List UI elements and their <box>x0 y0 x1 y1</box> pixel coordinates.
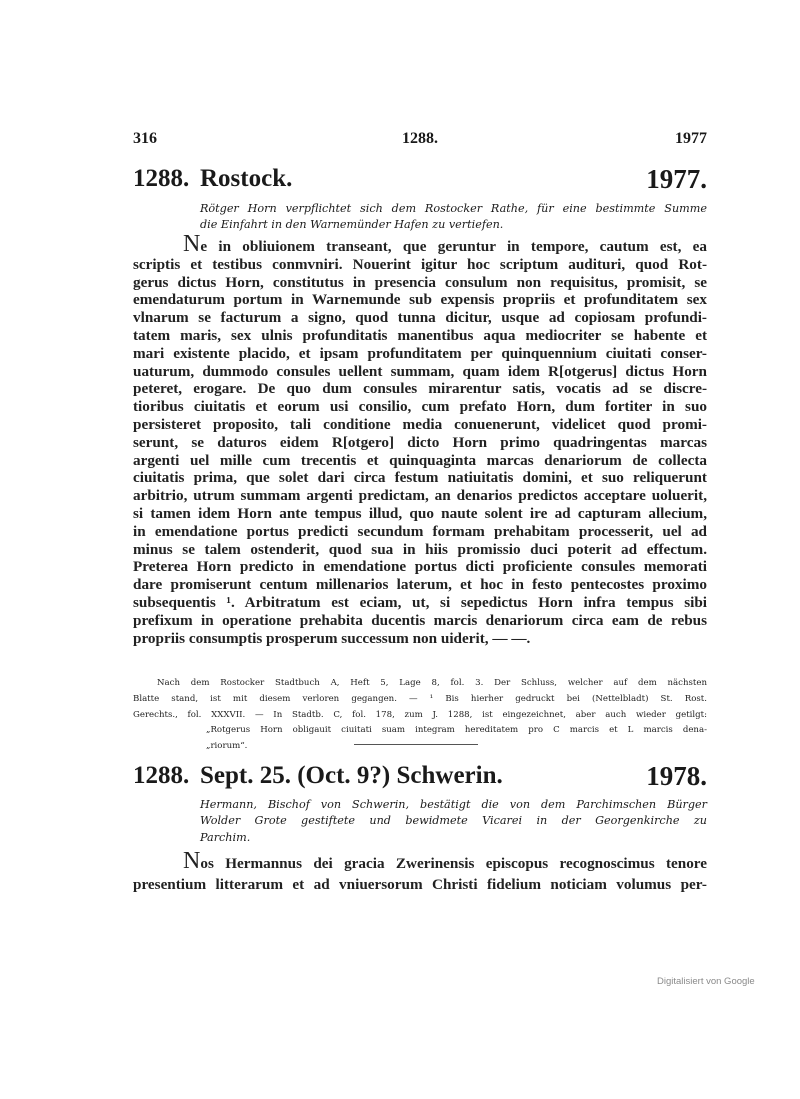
summary-line: die Einfahrt in den Warnemünder Hafen zu… <box>200 217 707 233</box>
summary-line: Hermann, Bischof von Schwerin, bestätigt… <box>200 797 707 813</box>
section-separator <box>354 744 478 745</box>
entry-title-1978: 1288. Sept. 25. (Oct. 9?) Schwerin. 1978… <box>133 761 707 791</box>
footnote-line: Nach dem Rostocker Stadtbuch A, Heft 5, … <box>133 676 707 692</box>
footnote-line: Gerechts., fol. XXXVII. — In Stadtb. C, … <box>133 708 707 724</box>
body-line: vlnarum se facturum a signo, quod tunna … <box>133 309 707 327</box>
summary-line: Rötger Horn verpflichtet sich dem Rostoc… <box>200 201 707 217</box>
body-line: ciuitatis prima, que solet dari circa fe… <box>133 469 707 487</box>
body-line: propriis consumptis prosperum successum … <box>133 630 707 648</box>
entry-number: 1978. <box>646 761 707 791</box>
digitization-watermark: Digitalisiert von Google <box>657 976 755 987</box>
drop-cap: N <box>183 231 200 257</box>
summary-line: Wolder Grote gestiftete und bewidmete Vi… <box>200 813 707 829</box>
footnote-line: Blatte stand, ist mit diesem verloren ge… <box>133 692 707 708</box>
scanned-page: 316 1288. 1977 1288. Rostock. 1977. Rötg… <box>0 0 800 1099</box>
body-line: uaturum, dummodo consules uellent summam… <box>133 363 707 381</box>
entry-place: Sept. 25. (Oct. 9?) Schwerin. <box>200 761 503 791</box>
running-head-year: 1288. <box>133 130 707 148</box>
body-line: prefixum in operatione prehabita ducenti… <box>133 612 707 630</box>
footnote-line: „riorum“. <box>133 739 707 755</box>
entry-date: 1288. <box>133 761 189 791</box>
body-line: si tamen idem Horn ante tempus illud, qu… <box>133 505 707 523</box>
body-line: mari existente placido, et ipsam profund… <box>133 345 707 363</box>
body-line: subsequentis ¹. Arbitratum est eciam, ut… <box>133 594 707 612</box>
body-line: Ne in obliuionem transeant, que geruntur… <box>133 238 707 256</box>
body-line: persisteret proposito, tali conditione m… <box>133 416 707 434</box>
body-line: tioribus ciuitatis et eorum usi consilio… <box>133 398 707 416</box>
entry-body-1977: Ne in obliuionem transeant, que geruntur… <box>133 238 707 647</box>
body-line: peteret, erogare. De quo dum consules mi… <box>133 380 707 398</box>
footnote-line: „Rotgerus Horn obligauit ciuitati suam i… <box>133 723 707 739</box>
body-line: serunt, se daturos eidem R[otgero] dicto… <box>133 434 707 452</box>
running-head-document-number: 1977 <box>675 130 707 148</box>
entry-title-1977: 1288. Rostock. 1977. <box>133 164 707 194</box>
body-line: Preterea Horn predicto in emendatione po… <box>133 558 707 576</box>
entry-summary-1978: Hermann, Bischof von Schwerin, bestätigt… <box>200 797 707 846</box>
entry-body-1978: Nos Hermannus dei gracia Zwerinensis epi… <box>133 853 707 895</box>
body-line: presentium litterarum et ad vniuersorum … <box>133 874 707 895</box>
body-line: minus se talem ostenderit, quod sua in h… <box>133 541 707 559</box>
body-line: scriptis et testibus conmvniri. Nouerint… <box>133 256 707 274</box>
entry-place: Rostock. <box>200 164 292 194</box>
body-line: argenti uel mille cum trecentis et quinq… <box>133 452 707 470</box>
body-line: Nos Hermannus dei gracia Zwerinensis epi… <box>133 853 707 874</box>
summary-line: Parchim. <box>200 830 707 846</box>
entry-number: 1977. <box>646 164 707 194</box>
drop-cap: N <box>183 848 200 874</box>
running-head: 316 1288. 1977 <box>133 130 707 152</box>
body-line: tatem maris, sex ulnis profunditatis man… <box>133 327 707 345</box>
body-line: arbitrio, utrum summam argenti predictam… <box>133 487 707 505</box>
body-line: gerus dictus Horn, constitutus in presen… <box>133 274 707 292</box>
body-line: emendaturum portum in Warnemunde sub exp… <box>133 291 707 309</box>
body-line: in emendatione portus predicti secundum … <box>133 523 707 541</box>
entry-summary-1977: Rötger Horn verpflichtet sich dem Rostoc… <box>200 201 707 234</box>
entry-date: 1288. <box>133 164 189 194</box>
body-line: dare promiserunt centum millenarios late… <box>133 576 707 594</box>
